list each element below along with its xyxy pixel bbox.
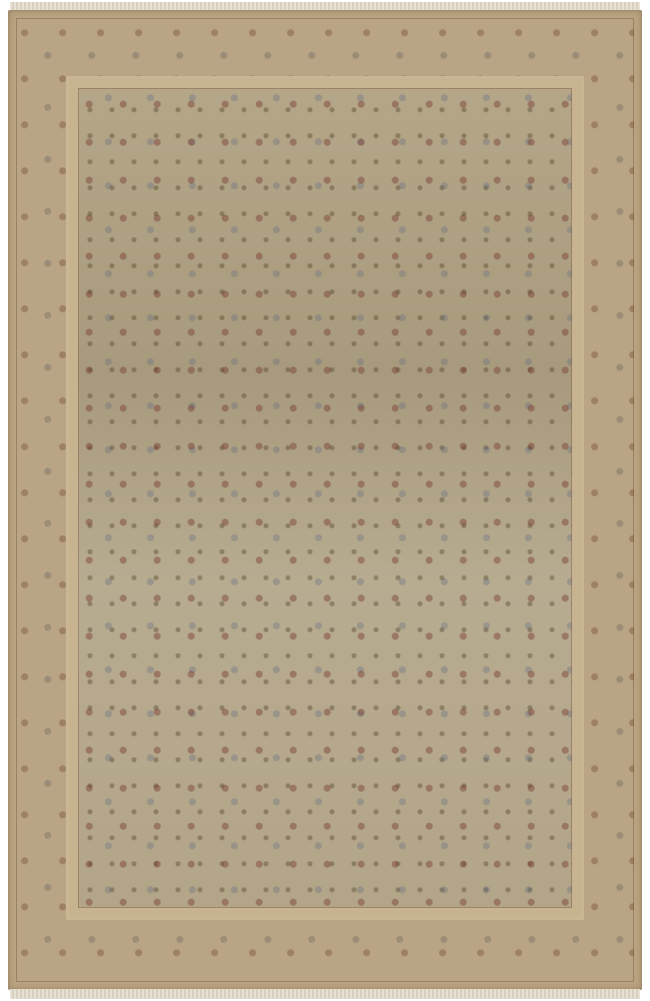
rug-field <box>78 88 572 908</box>
rug <box>8 10 642 990</box>
bottom-fringe <box>10 989 640 999</box>
